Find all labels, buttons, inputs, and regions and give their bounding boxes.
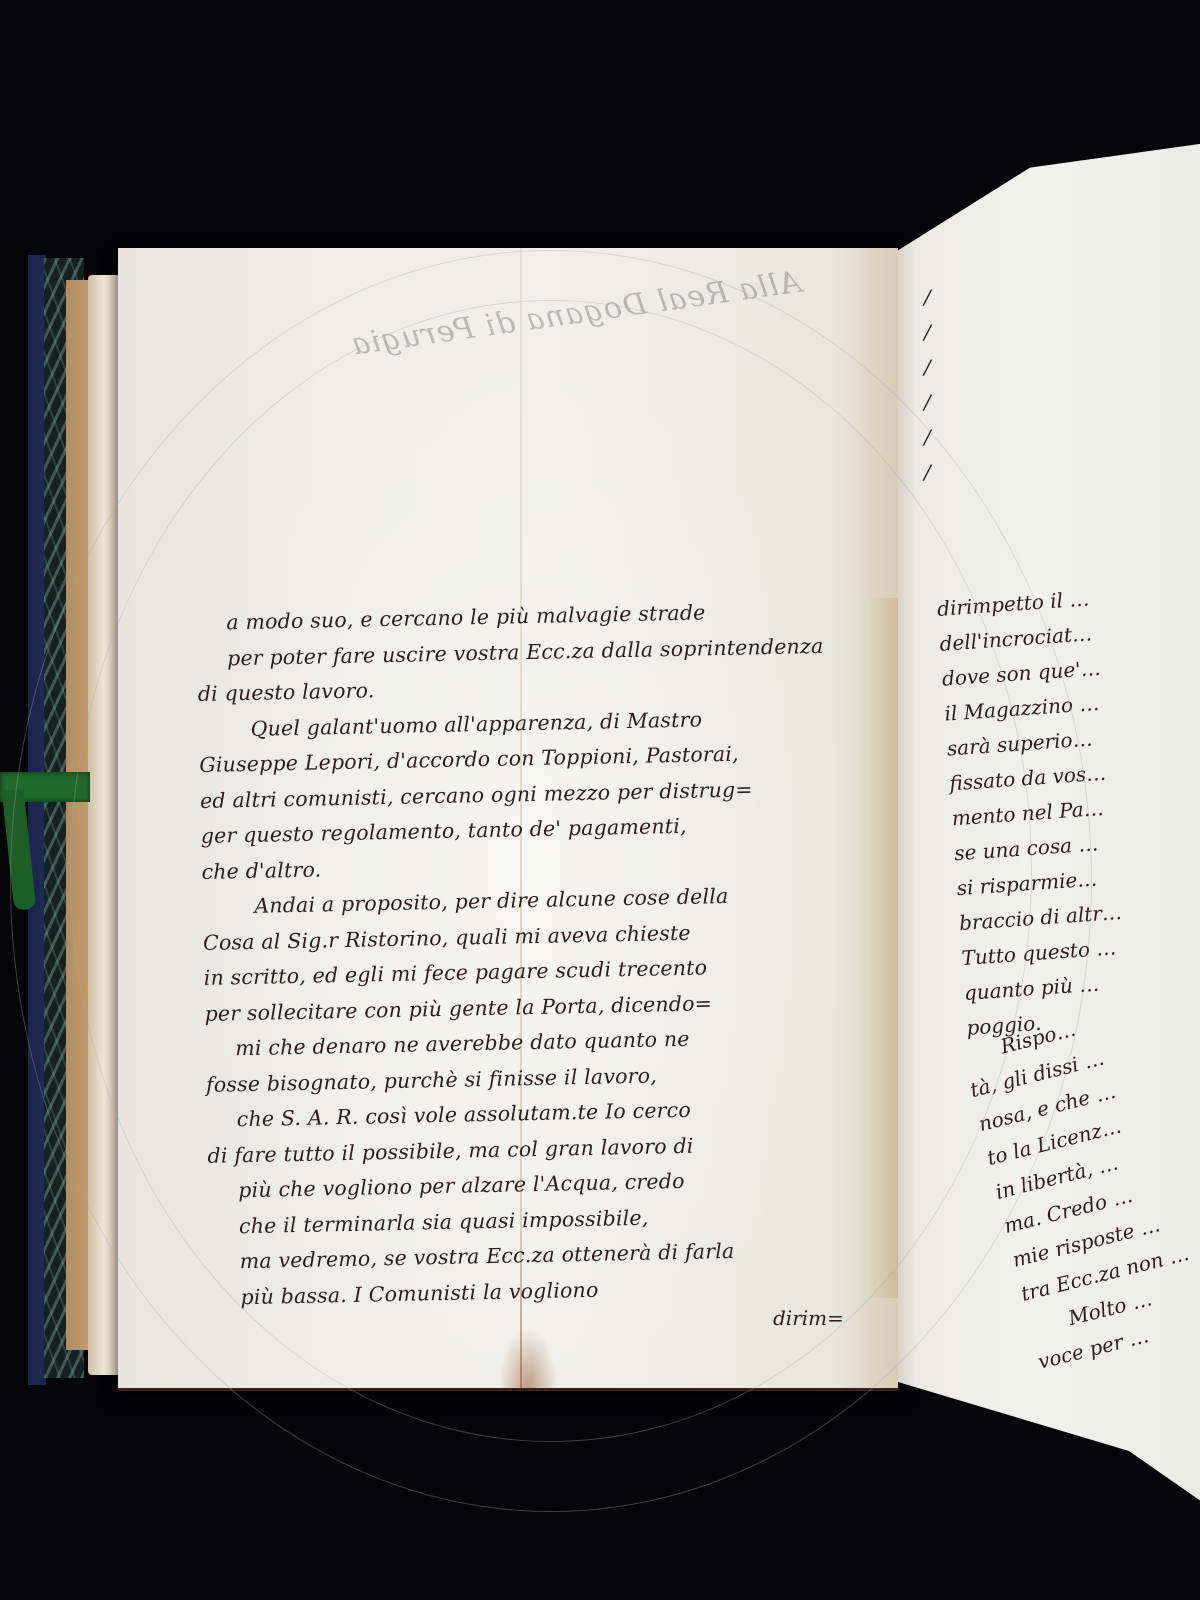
right-page-text-top: dirimpetto il … dell'incrociat… dove son…: [936, 571, 1200, 1046]
bleed-through-heading: Alla Real Dogana di Perugia: [323, 265, 803, 366]
scene: Alla Real Dogana di Perugia a modo suo, …: [0, 0, 1200, 1600]
tally-mark: /: [924, 385, 944, 420]
tally-mark: /: [924, 455, 944, 490]
margin-tally-marks: / / / / / /: [924, 280, 944, 490]
tally-mark: /: [924, 350, 944, 385]
catchword: dirim=: [773, 1306, 844, 1330]
water-stain: [498, 1328, 558, 1388]
tally-mark: /: [924, 280, 944, 315]
right-page: / / / / / / dirimpetto il … dell'incroci…: [898, 140, 1200, 1520]
tally-mark: /: [924, 420, 944, 455]
tally-mark: /: [924, 315, 944, 350]
left-page: Alla Real Dogana di Perugia a modo suo, …: [118, 248, 898, 1391]
manuscript-text: a modo suo, e cercano le più malvagie st…: [196, 591, 898, 1316]
